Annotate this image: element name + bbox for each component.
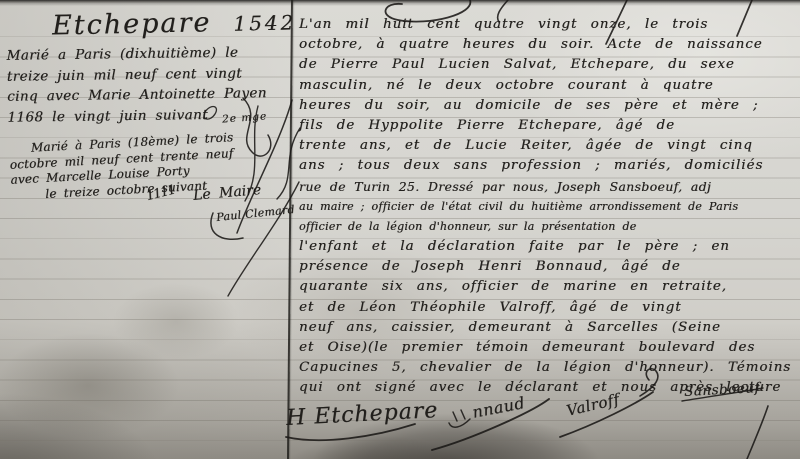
act-line: l'enfant et la déclaration faite par le … (299, 237, 800, 257)
act-line: octobre, à quatre heures du soir. Acte d… (299, 35, 800, 55)
act-line: et Oise)(le premier témoin demeurant bou… (299, 338, 800, 358)
act-line: trente ans, et de Lucie Reiter, âgée de … (299, 136, 800, 156)
act-line: Capucines 5, chevalier de la légion d'ho… (299, 358, 800, 378)
act-line: quarante six ans, officier de marine en … (299, 277, 800, 297)
act-line: neuf ans, caissier, demeurant à Sarcelle… (299, 318, 800, 338)
act-line: et de Léon Théophile Valroff, âgé de vin… (299, 298, 800, 318)
act-line: présence de Joseph Henri Bonnaud, âgé de (299, 257, 800, 277)
act-line: de Pierre Paul Lucien Salvat, Etchepare,… (299, 55, 800, 75)
act-line: rue de Turin 25. Dressé par nous, Joseph… (299, 177, 800, 197)
act-line: fils de Hyppolite Pierre Etchepare, âgé … (299, 116, 800, 136)
act-line: masculin, né le deux octobre courant à q… (299, 76, 800, 96)
record-heading-number: 1542 (233, 10, 296, 35)
registry-scan-page: Etchepare1542 Marié a Paris (dixhuitième… (0, 0, 800, 459)
margin-note-line: Marié a Paris (dixhuitième) le (6, 42, 266, 66)
act-text: L'an mil huit cent quatre vingt onze, le… (299, 15, 800, 399)
act-line: officier de la légion d'honneur, sur la … (299, 217, 800, 237)
act-line: ans ; tous deux sans profession ; mariés… (299, 156, 800, 176)
record-heading: Etchepare1542 (52, 5, 297, 41)
margin-note-line: cinq avec Marie Antoinette Payen (7, 83, 267, 107)
record-heading-name: Etchepare (52, 7, 212, 41)
act-line: au maire ; officier de l'état civil du h… (299, 197, 800, 217)
act-line: L'an mil huit cent quatre vingt onze, le… (299, 15, 800, 35)
act-line: heures du soir, au domicile de ses père … (299, 96, 800, 116)
